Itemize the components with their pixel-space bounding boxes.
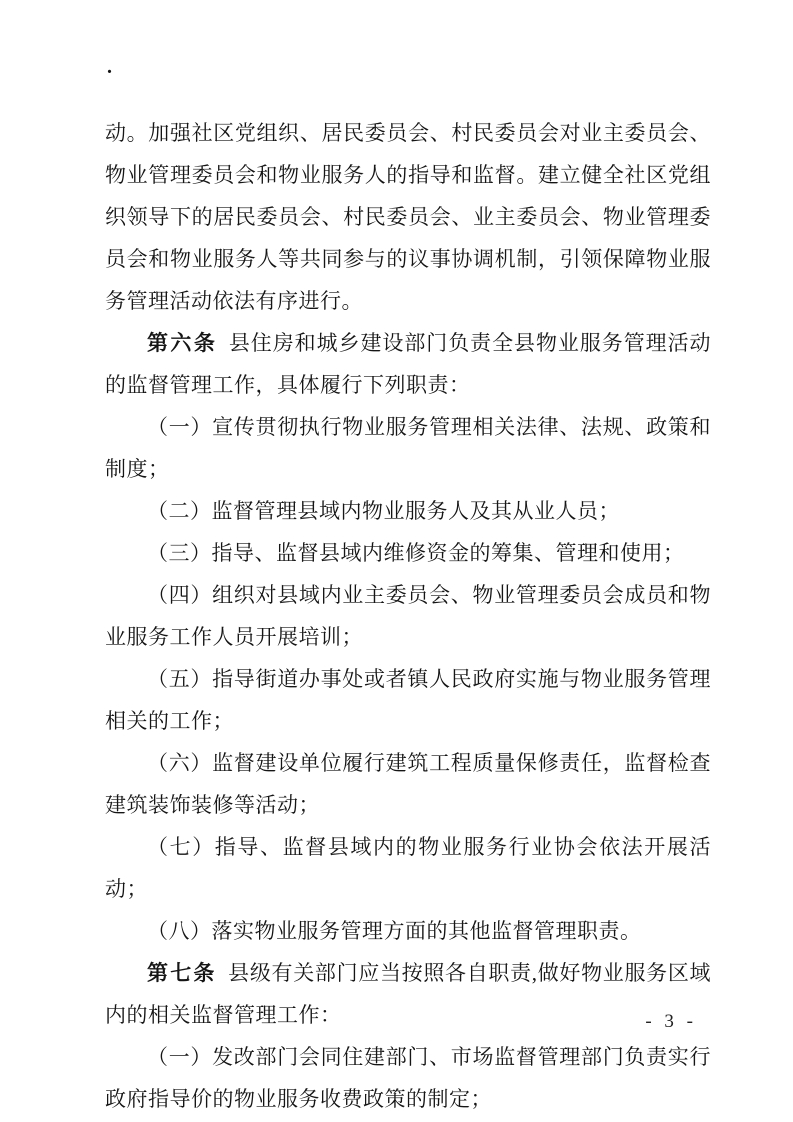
document-page: . 动。加强社区党组织、居民委员会、村民委员会对业主委员会、物业管理委员会和物业… — [0, 0, 793, 1122]
paragraph: （二）监督管理县域内物业服务人及其从业人员； — [105, 490, 711, 532]
paragraph-text: （五）指导街道办事处或者镇人民政府实施与物业服务管理相关的工作； — [105, 667, 711, 733]
article-number-label: 第七条 — [147, 961, 217, 985]
paragraph: （一）发改部门会同住建部门、市场监督管理部门负责实行政府指导价的物业服务收费政策… — [105, 1036, 711, 1120]
paragraph-text: （二）监督管理县域内物业服务人及其从业人员； — [147, 499, 620, 523]
paragraph-text: （三）指导、监督县域内维修资金的筹集、管理和使用； — [147, 541, 685, 565]
paragraph: （三）指导、监督县域内维修资金的筹集、管理和使用； — [105, 532, 711, 574]
paragraph: （五）指导街道办事处或者镇人民政府实施与物业服务管理相关的工作； — [105, 658, 711, 742]
paragraph-text: （六）监督建设单位履行建筑工程质量保修责任，监督检查建筑装饰装修等活动； — [105, 751, 711, 817]
article-number-label: 第六条 — [147, 331, 217, 355]
paragraph-text: （四）组织对县域内业主委员会、物业管理委员会成员和物业服务工作人员开展培训； — [105, 583, 711, 649]
paragraph-text: （一）宣传贯彻执行物业服务管理相关法律、法规、政策和制度； — [105, 415, 711, 481]
paragraph-text: （七）指导、监督县域内的物业服务行业协会依法开展活动； — [105, 835, 711, 901]
paragraph: （七）指导、监督县域内的物业服务行业协会依法开展活动； — [105, 826, 711, 910]
paragraph: （六）监督建设单位履行建筑工程质量保修责任，监督检查建筑装饰装修等活动； — [105, 742, 711, 826]
paragraph: 第七条县级有关部门应当按照各自职责,做好物业服务区域内的相关监督管理工作： — [105, 952, 711, 1036]
paragraph: 动。加强社区党组织、居民委员会、村民委员会对业主委员会、物业管理委员会和物业服务… — [105, 112, 711, 322]
paragraph: 第六条县住房和城乡建设部门负责全县物业服务管理活动的监督管理工作，具体履行下列职… — [105, 322, 711, 406]
paragraph-text: （一）发改部门会同住建部门、市场监督管理部门负责实行政府指导价的物业服务收费政策… — [105, 1045, 711, 1111]
paragraph-text: （八）落实物业服务管理方面的其他监督管理职责。 — [147, 919, 642, 943]
paragraph: （八）落实物业服务管理方面的其他监督管理职责。 — [105, 910, 711, 952]
paragraph: （四）组织对县域内业主委员会、物业管理委员会成员和物业服务工作人员开展培训； — [105, 574, 711, 658]
paragraph: （一）宣传贯彻执行物业服务管理相关法律、法规、政策和制度； — [105, 406, 711, 490]
document-body: 动。加强社区党组织、居民委员会、村民委员会对业主委员会、物业管理委员会和物业服务… — [105, 112, 711, 1120]
stray-dot-mark: . — [107, 58, 112, 76]
page-number: - 3 - — [645, 1008, 697, 1036]
paragraph-text: 动。加强社区党组织、居民委员会、村民委员会对业主委员会、物业管理委员会和物业服务… — [105, 121, 711, 313]
